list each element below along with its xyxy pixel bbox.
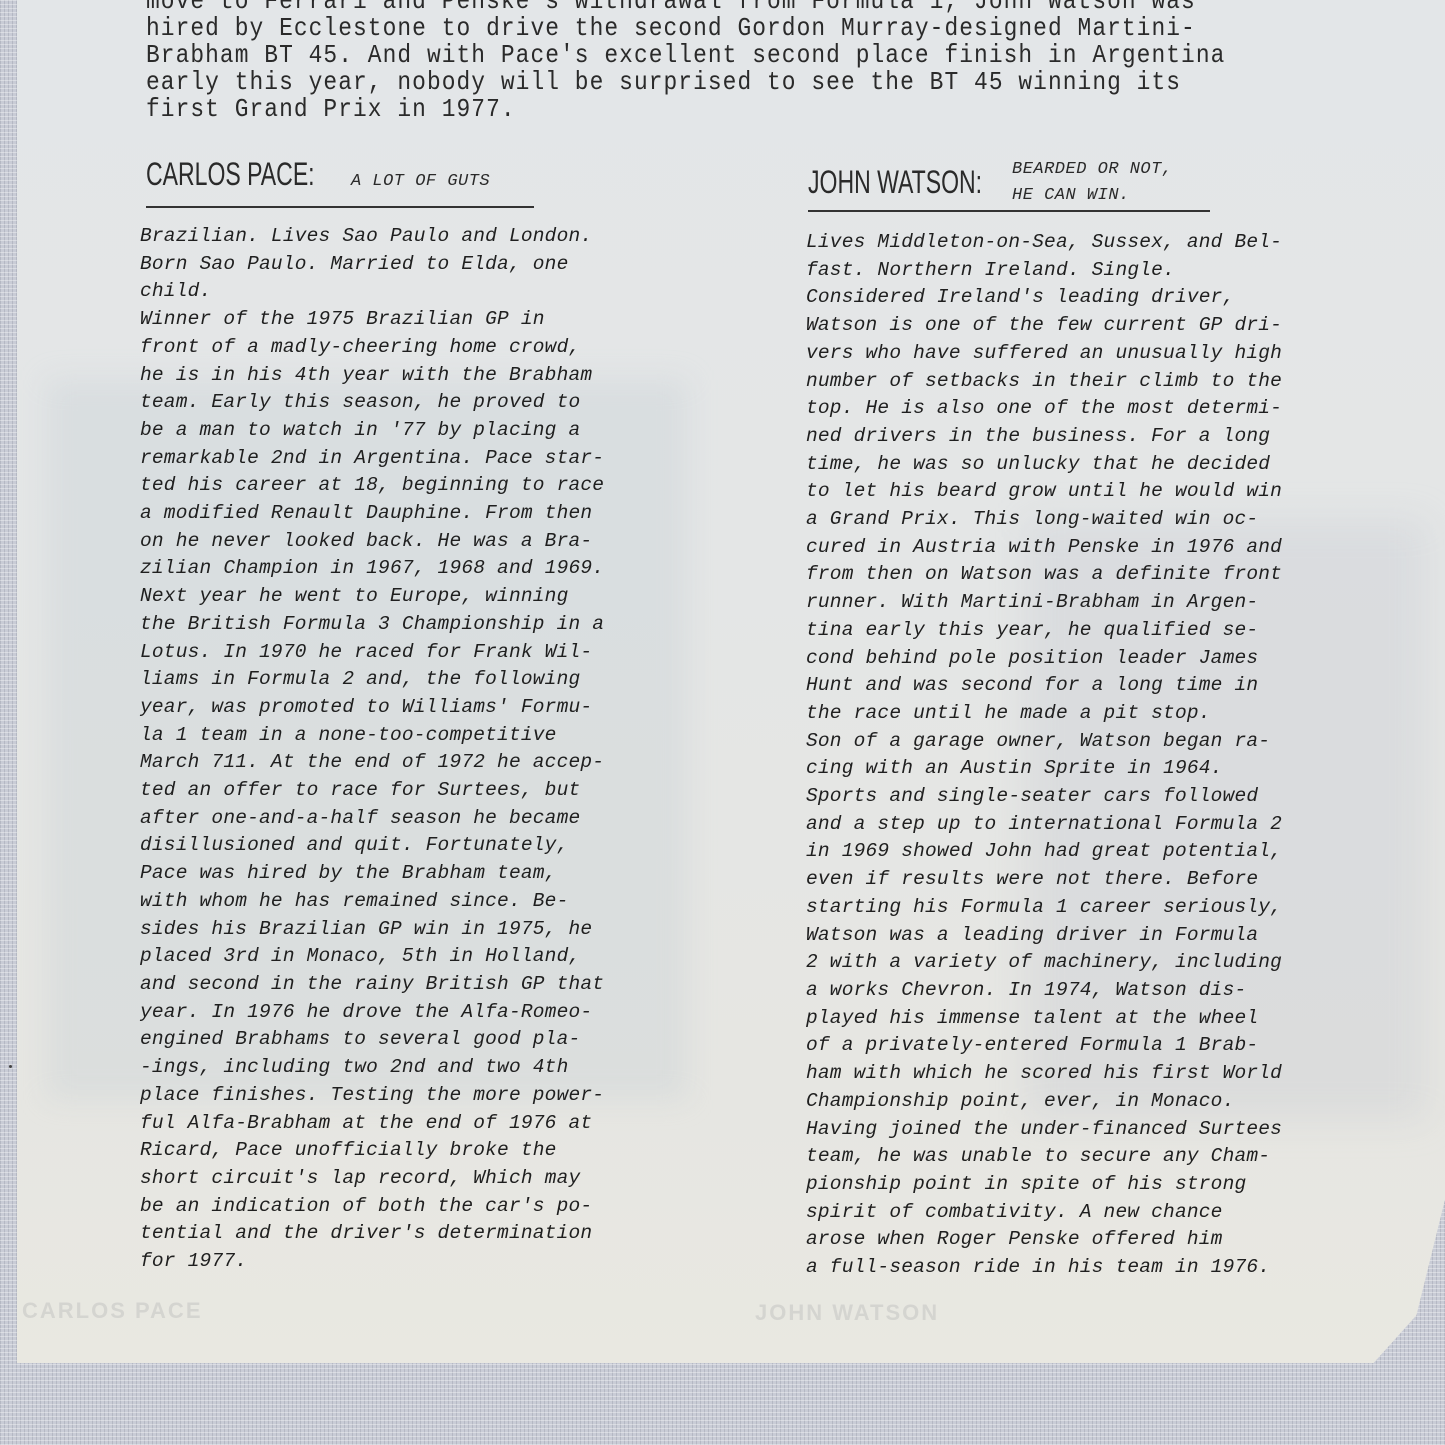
watson-line: of a privately-entered Formula 1 Brab-	[806, 1032, 1282, 1060]
watson-line: Having joined the under-financed Surtees	[806, 1116, 1282, 1144]
watson-line: ham with which he scored his first World	[806, 1060, 1282, 1088]
pace-line: Lotus. In 1970 he raced for Frank Wil-	[140, 639, 604, 667]
pace-line: on he never looked back. He was a Bra-	[140, 528, 604, 556]
watson-bio-column: Lives Middleton-on-Sea, Sussex, and Bel-…	[806, 229, 1282, 1282]
watson-line: a works Chevron. In 1974, Watson dis-	[806, 977, 1282, 1005]
watson-line: and a step up to international Formula 2	[806, 811, 1282, 839]
watson-tagline-line2: HE CAN WIN.	[1012, 186, 1130, 205]
pace-line: be an indication of both the car's po-	[140, 1193, 604, 1221]
intro-line: first Grand Prix in 1977.	[146, 96, 1202, 123]
pace-line: be a man to watch in '77 by placing a	[140, 417, 604, 445]
pace-line: zilian Champion in 1967, 1968 and 1969.	[140, 555, 604, 583]
watson-line: time, he was so unlucky that he decided	[806, 451, 1282, 479]
watson-line: pionship point in spite of his strong	[806, 1171, 1282, 1199]
watson-line: a full-season ride in his team in 1976.	[806, 1254, 1282, 1282]
pace-line: year. In 1976 he drove the Alfa-Romeo-	[140, 999, 604, 1027]
watson-line: Lives Middleton-on-Sea, Sussex, and Bel-	[806, 229, 1282, 257]
intro-line: hired by Ecclestone to drive the second …	[146, 15, 1202, 42]
watson-line: starting his Formula 1 career seriously,	[806, 894, 1282, 922]
watson-line: Watson is one of the few current GP dri-	[806, 312, 1282, 340]
pace-line: year, was promoted to Williams' Formu-	[140, 694, 604, 722]
show-through-text-right: JOHN WATSON	[755, 1300, 939, 1326]
watson-line: ned drivers in the business. For a long	[806, 423, 1282, 451]
watson-line: cured in Austria with Penske in 1976 and	[806, 534, 1282, 562]
pace-line: and second in the rainy British GP that	[140, 971, 604, 999]
pace-line: ted his career at 18, beginning to race	[140, 472, 604, 500]
watson-line: Championship point, ever, in Monaco.	[806, 1088, 1282, 1116]
watson-line: tina early this year, he qualified se-	[806, 617, 1282, 645]
watson-line: even if results were not there. Before	[806, 866, 1282, 894]
pace-line: Ricard, Pace unofficially broke the	[140, 1137, 604, 1165]
watson-line: in 1969 showed John had great potential,	[806, 838, 1282, 866]
pace-line: ful Alfa-Brabham at the end of 1976 at	[140, 1110, 604, 1138]
watson-line: cing with an Austin Sprite in 1964.	[806, 755, 1282, 783]
intro-line: early this year, nobody will be surprise…	[146, 69, 1202, 96]
watson-line: the race until he made a pit stop.	[806, 700, 1282, 728]
watson-line: fast. Northern Ireland. Single.	[806, 257, 1282, 285]
watson-line: top. He is also one of the most determi-	[806, 395, 1282, 423]
watson-line: Sports and single-seater cars followed	[806, 783, 1282, 811]
watson-line: played his immense talent at the wheel	[806, 1005, 1282, 1033]
pace-line: liams in Formula 2 and, the following	[140, 666, 604, 694]
pace-line: a modified Renault Dauphine. From then	[140, 500, 604, 528]
pace-line: -ings, including two 2nd and two 4th	[140, 1054, 604, 1082]
watson-line: Hunt and was second for a long time in	[806, 672, 1282, 700]
pace-line: after one-and-a-half season he became	[140, 805, 604, 833]
watson-line: Considered Ireland's leading driver,	[806, 284, 1282, 312]
pace-bio-column: Brazilian. Lives Sao Paulo and London.Bo…	[140, 223, 604, 1276]
watson-line: vers who have suffered an unusually high	[806, 340, 1282, 368]
pace-name: CARLOS PACE:	[146, 156, 315, 193]
pace-line: for 1977.	[140, 1248, 604, 1276]
pace-line: with whom he has remained since. Be-	[140, 888, 604, 916]
pace-line: Born Sao Paulo. Married to Elda, one	[140, 251, 604, 279]
pace-line: engined Brabhams to several good pla-	[140, 1026, 604, 1054]
pace-line: disillusioned and quit. Fortunately,	[140, 832, 604, 860]
watson-name: JOHN WATSON:	[808, 164, 982, 201]
pace-line: la 1 team in a none-too-competitive	[140, 722, 604, 750]
watson-tagline-line1: BEARDED OR NOT,	[1012, 160, 1173, 179]
pace-line: remarkable 2nd in Argentina. Pace star-	[140, 445, 604, 473]
watson-line: to let his beard grow until he would win	[806, 478, 1282, 506]
pace-line: Next year he went to Europe, winning	[140, 583, 604, 611]
pace-line: short circuit's lap record, Which may	[140, 1165, 604, 1193]
show-through-text-left: CARLOS PACE	[22, 1298, 203, 1324]
pace-line: team. Early this season, he proved to	[140, 389, 604, 417]
pace-line: child.	[140, 278, 604, 306]
pace-line: the British Formula 3 Championship in a	[140, 611, 604, 639]
watson-line: from then on Watson was a definite front	[806, 561, 1282, 589]
pace-line: he is in his 4th year with the Brabham	[140, 362, 604, 390]
watson-line: team, he was unable to secure any Cham-	[806, 1143, 1282, 1171]
pace-line: Winner of the 1975 Brazilian GP in	[140, 306, 604, 334]
ink-speck	[9, 1065, 12, 1068]
pace-heading-rule	[146, 206, 534, 208]
watson-line: 2 with a variety of machinery, including	[806, 949, 1282, 977]
pace-line: Pace was hired by the Brabham team,	[140, 860, 604, 888]
watson-line: runner. With Martini-Brabham in Argen-	[806, 589, 1282, 617]
watson-line: a Grand Prix. This long-waited win oc-	[806, 506, 1282, 534]
pace-line: tential and the driver's determination	[140, 1220, 604, 1248]
pace-line: Brazilian. Lives Sao Paulo and London.	[140, 223, 604, 251]
pace-line: sides his Brazilian GP win in 1975, he	[140, 916, 604, 944]
watson-line: number of setbacks in their climb to the	[806, 368, 1282, 396]
intro-paragraph: move to Ferrari and Penske's withdrawal …	[146, 0, 1202, 123]
pace-line: place finishes. Testing the more power-	[140, 1082, 604, 1110]
pace-line: front of a madly-cheering home crowd,	[140, 334, 604, 362]
watson-heading-rule	[808, 210, 1210, 212]
watson-line: cond behind pole position leader James	[806, 645, 1282, 673]
pace-line: placed 3rd in Monaco, 5th in Holland,	[140, 943, 604, 971]
pace-tagline: A LOT OF GUTS	[351, 172, 490, 191]
watson-line: Watson was a leading driver in Formula	[806, 922, 1282, 950]
pace-line: ted an offer to race for Surtees, but	[140, 777, 604, 805]
watson-line: Son of a garage owner, Watson began ra-	[806, 728, 1282, 756]
watson-line: spirit of combativity. A new chance	[806, 1199, 1282, 1227]
pace-line: March 711. At the end of 1972 he accep-	[140, 749, 604, 777]
intro-line: Brabham BT 45. And with Pace's excellent…	[146, 42, 1202, 69]
watson-line: arose when Roger Penske offered him	[806, 1226, 1282, 1254]
